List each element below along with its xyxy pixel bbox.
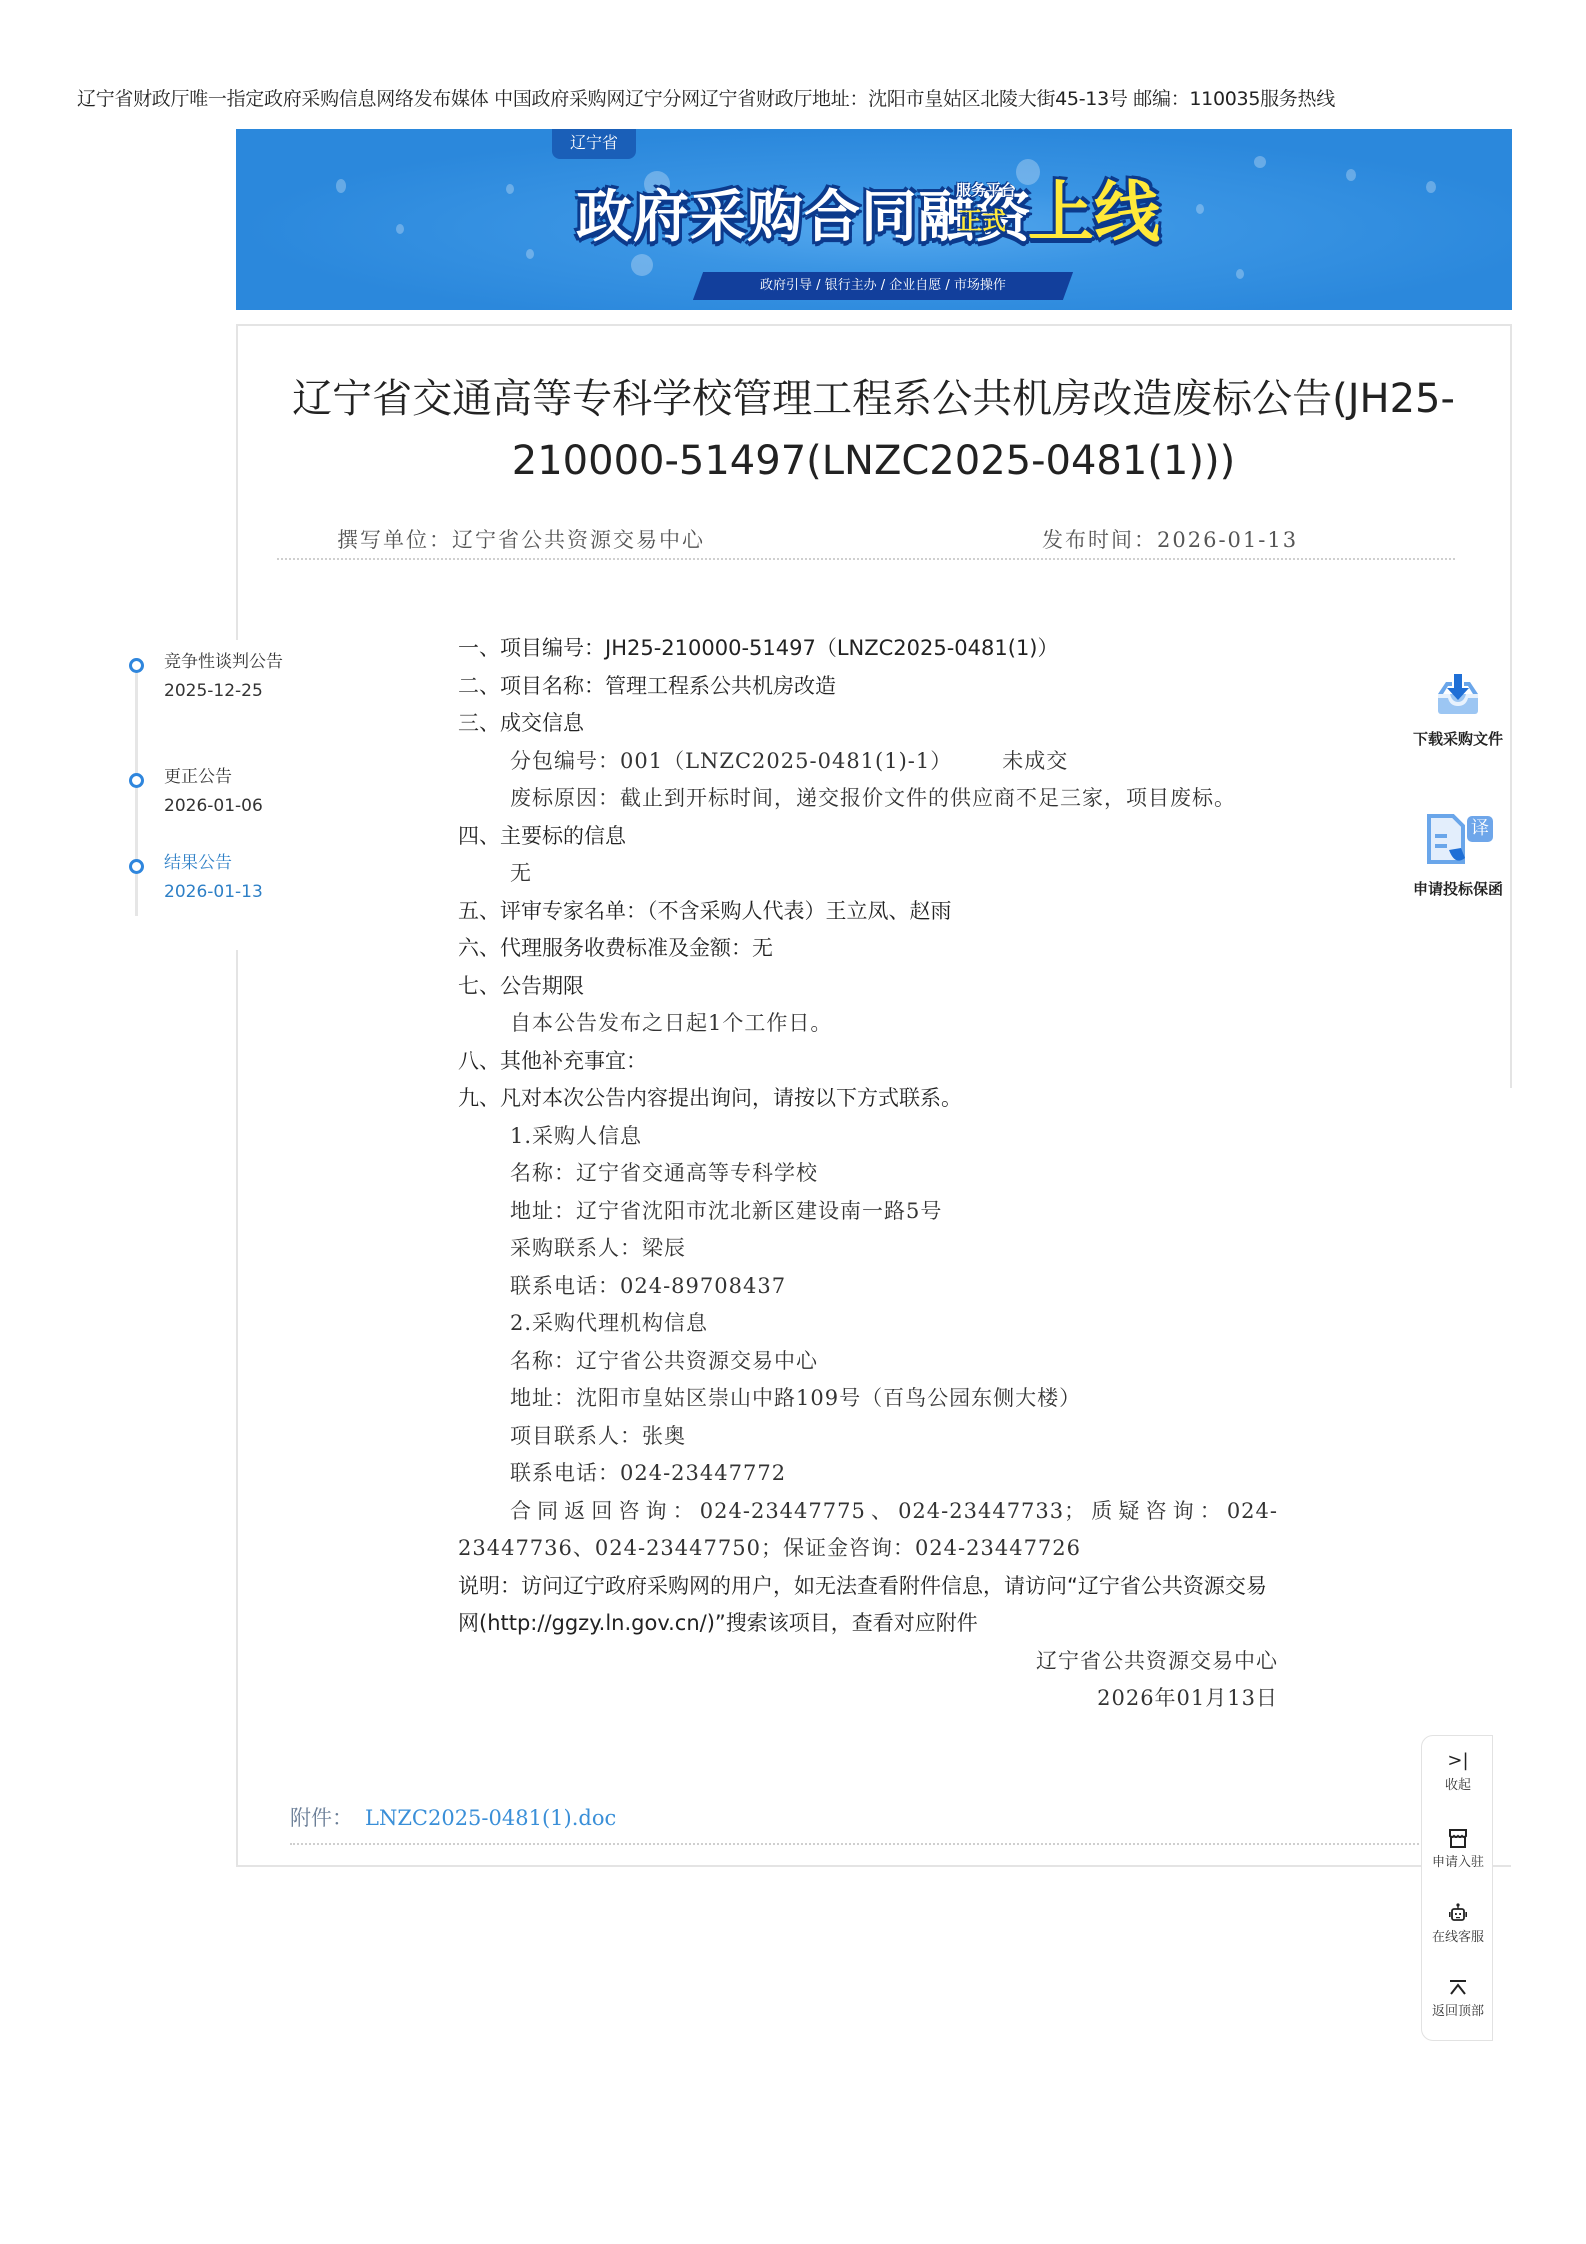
section-project-number: 一、项目编号：JH25-210000-51497（LNZC2025-0481(1… bbox=[458, 630, 1278, 668]
site-header-info: 辽宁省财政厅唯一指定政府采购信息网络发布媒体 中国政府采购网辽宁分网辽宁省财政厅… bbox=[77, 84, 1335, 111]
section-contact: 九、凡对本次公告内容提出询问，请按以下方式联系。 bbox=[458, 1080, 1278, 1118]
title-line-1: 辽宁省交通高等专科学校管理工程系公共机房改造废标公告(JH25- bbox=[236, 368, 1511, 430]
apply-guarantee-label: 申请投标保函 bbox=[1413, 880, 1503, 898]
online-service-button[interactable]: 在线客服 bbox=[1422, 1902, 1494, 1945]
signature-org: 辽宁省公共资源交易中心 bbox=[458, 1643, 1278, 1681]
notice-period-value: 自本公告发布之日起1个工作日。 bbox=[458, 1005, 1278, 1043]
collapse-button[interactable]: >| 收起 bbox=[1422, 1750, 1494, 1793]
guarantee-icon-group: 译 bbox=[1423, 812, 1493, 872]
section-main-items: 四、主要标的信息 bbox=[458, 818, 1278, 856]
section-experts: 五、评审专家名单：（不含采购人代表）王立凤、赵雨 bbox=[458, 893, 1278, 931]
banner-decoration bbox=[631, 254, 653, 276]
arrow-up-icon bbox=[1447, 1976, 1469, 1998]
signature-date: 2026年01月13日 bbox=[458, 1680, 1278, 1718]
timeline-node-icon bbox=[129, 658, 144, 673]
online-service-label: 在线客服 bbox=[1432, 1930, 1484, 1945]
timeline-node-icon bbox=[129, 773, 144, 788]
title-line-2: 210000-51497(LNZC2025-0481(1))) bbox=[236, 430, 1511, 492]
publish-time: 发布时间：2026-01-13 bbox=[1042, 524, 1298, 554]
section-other: 八、其他补充事宜： bbox=[458, 1043, 1278, 1081]
promo-banner[interactable]: 辽宁省 政府采购合同融资 服务平台 正式 上线 政府引导 / 银行主办 / 企业… bbox=[236, 129, 1512, 310]
package-number: 分包编号：001（LNZC2025-0481(1)-1） bbox=[510, 749, 952, 773]
section-agency-fee: 六、代理服务收费标准及金额：无 bbox=[458, 930, 1278, 968]
timeline-item-date: 2026-01-13 bbox=[164, 878, 263, 907]
download-docs-label: 下载采购文件 bbox=[1413, 730, 1503, 748]
purchaser-phone: 联系电话：024-89708437 bbox=[458, 1268, 1278, 1306]
section-project-name: 二、项目名称：管理工程系公共机房改造 bbox=[458, 668, 1278, 706]
banner-decoration bbox=[506, 184, 514, 194]
banner-decoration bbox=[396, 224, 404, 234]
collapse-icon: >| bbox=[1422, 1750, 1494, 1772]
timeline-node-icon bbox=[129, 859, 144, 874]
banner-slogan-text: 政府引导 / 银行主办 / 企业自愿 / 市场操作 bbox=[760, 272, 1006, 300]
deal-status: 未成交 bbox=[1002, 749, 1068, 773]
province-tag: 辽宁省 bbox=[552, 129, 636, 159]
banner-decoration bbox=[1426, 181, 1436, 193]
floating-toolbar: >| 收起 申请入驻 在线客服 返回顶部 bbox=[1421, 1735, 1493, 2041]
collapse-label: 收起 bbox=[1445, 1778, 1471, 1793]
timeline-item-correction[interactable]: 更正公告 2026-01-06 bbox=[164, 763, 263, 821]
main-items-value: 无 bbox=[458, 855, 1278, 893]
timeline-item-tender[interactable]: 竞争性谈判公告 2025-12-25 bbox=[164, 648, 294, 706]
banner-decoration bbox=[526, 249, 534, 259]
banner-decoration bbox=[1346, 169, 1356, 181]
banner-decoration bbox=[1196, 204, 1204, 214]
banner-decoration bbox=[1254, 156, 1266, 168]
purchaser-heading: 1.采购人信息 bbox=[458, 1118, 1278, 1156]
attachment-label: 附件： bbox=[290, 1806, 353, 1830]
download-tray-icon bbox=[1430, 668, 1486, 724]
banner-online: 上线 bbox=[1028, 159, 1160, 254]
meta-divider bbox=[277, 558, 1455, 560]
consult-phones: 合同返回咨询：024-23447775、024-23447733；质疑咨询：02… bbox=[458, 1493, 1278, 1568]
back-to-top-label: 返回顶部 bbox=[1432, 2004, 1484, 2019]
storefront-icon bbox=[1447, 1827, 1469, 1849]
attachment-row: 附件：LNZC2025-0481(1).doc bbox=[290, 1802, 616, 1832]
agency-contact: 项目联系人：张奥 bbox=[458, 1418, 1278, 1456]
back-to-top-button[interactable]: 返回顶部 bbox=[1422, 1976, 1494, 2019]
banner-decoration bbox=[336, 179, 346, 193]
timeline-item-date: 2026-01-06 bbox=[164, 792, 263, 821]
package-line: 分包编号：001（LNZC2025-0481(1)-1）未成交 bbox=[458, 743, 1278, 781]
attachment-link[interactable]: LNZC2025-0481(1).doc bbox=[365, 1806, 616, 1830]
apply-join-label: 申请入驻 bbox=[1432, 1855, 1484, 1870]
banner-decoration bbox=[1236, 269, 1244, 279]
author-unit: 撰写单位：辽宁省公共资源交易中心 bbox=[337, 524, 705, 554]
apply-guarantee-button[interactable]: 译 申请投标保函 bbox=[1400, 812, 1516, 899]
cancel-reason: 废标原因：截止到开标时间，递交报价文件的供应商不足三家，项目废标。 bbox=[458, 780, 1278, 818]
agency-name: 名称：辽宁省公共资源交易中心 bbox=[458, 1343, 1278, 1381]
banner-official: 正式 bbox=[958, 201, 1006, 236]
timeline-item-label: 更正公告 bbox=[164, 763, 263, 792]
purchaser-name: 名称：辽宁省交通高等专科学校 bbox=[458, 1155, 1278, 1193]
timeline-item-label: 竞争性谈判公告 bbox=[164, 648, 294, 677]
banner-slogan: 政府引导 / 银行主办 / 企业自愿 / 市场操作 bbox=[693, 272, 1073, 300]
robot-icon bbox=[1447, 1902, 1469, 1924]
agency-phone: 联系电话：024-23447772 bbox=[458, 1455, 1278, 1493]
download-docs-button[interactable]: 下载采购文件 bbox=[1400, 668, 1516, 749]
section-notice-period: 七、公告期限 bbox=[458, 968, 1278, 1006]
purchaser-address: 地址：辽宁省沈阳市沈北新区建设南一路5号 bbox=[458, 1193, 1278, 1231]
purchaser-contact: 采购联系人：梁辰 bbox=[458, 1230, 1278, 1268]
article-title: 辽宁省交通高等专科学校管理工程系公共机房改造废标公告(JH25- 210000-… bbox=[236, 368, 1511, 492]
notice-timeline: 竞争性谈判公告 2025-12-25 更正公告 2026-01-06 结果公告 … bbox=[100, 640, 360, 950]
apply-join-button[interactable]: 申请入驻 bbox=[1422, 1827, 1494, 1870]
timeline-item-result[interactable]: 结果公告 2026-01-13 bbox=[164, 849, 263, 907]
translate-badge-icon[interactable]: 译 bbox=[1467, 816, 1493, 842]
access-note: 说明：访问辽宁政府采购网的用户，如无法查看附件信息，请访问“辽宁省公共资源交易网… bbox=[458, 1568, 1278, 1643]
banner-subtitle: 服务平台 bbox=[956, 179, 1016, 200]
agency-heading: 2.采购代理机构信息 bbox=[458, 1305, 1278, 1343]
agency-address: 地址：沈阳市皇姑区崇山中路109号（百鸟公园东侧大楼） bbox=[458, 1380, 1278, 1418]
section-deal-info: 三、成交信息 bbox=[458, 705, 1278, 743]
timeline-item-label: 结果公告 bbox=[164, 849, 263, 878]
article-body: 一、项目编号：JH25-210000-51497（LNZC2025-0481(1… bbox=[458, 630, 1278, 1718]
attachment-divider bbox=[290, 1843, 1455, 1845]
timeline-item-date: 2025-12-25 bbox=[164, 677, 294, 706]
